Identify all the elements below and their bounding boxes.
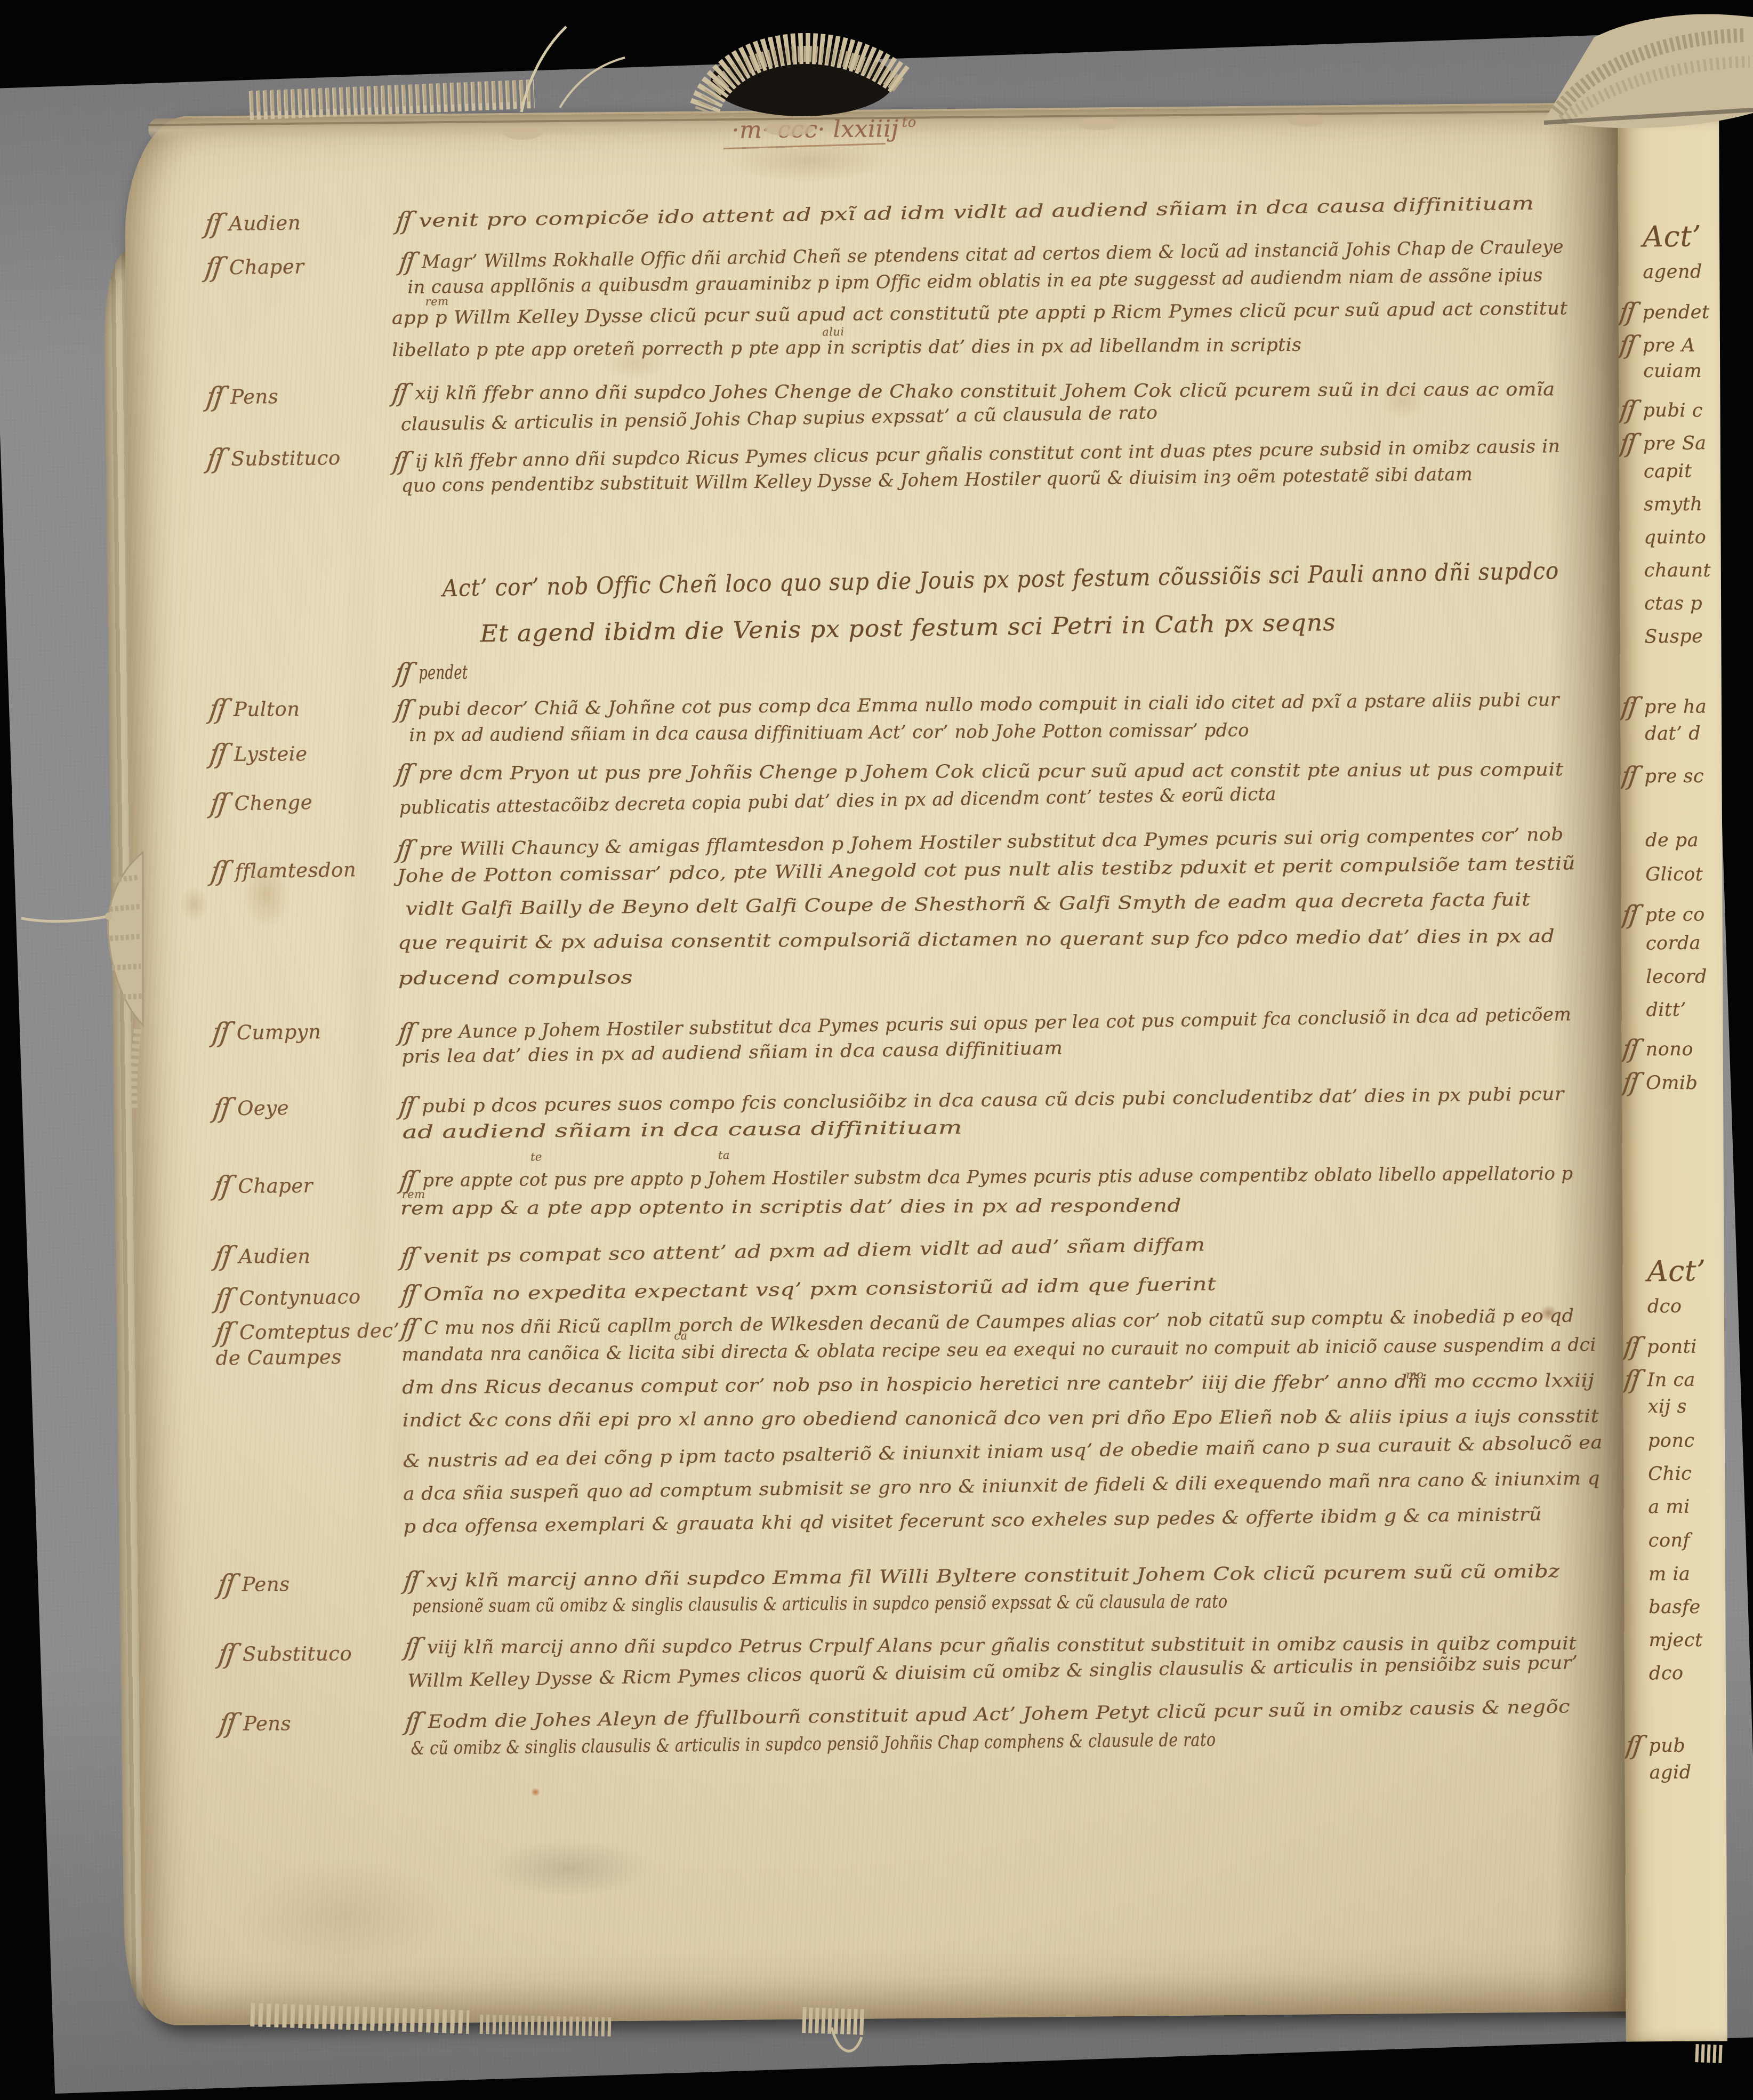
paraph-mark: ſſ	[1620, 762, 1638, 791]
text-line: ſſOmĩa no expedita expectant vsq’ pxm c…	[401, 1269, 1070, 1307]
next-page-sliver: Act’agendſſpendetſſpre Acuiamſſpubi cſſp…	[1618, 118, 1727, 2042]
next-page-line-fragment: agend	[1643, 261, 1702, 283]
text-line: ſſpubi p dcos pcures suos compo fcis con…	[399, 1078, 1497, 1118]
paraph-mark: ſſ	[1622, 1332, 1640, 1361]
next-page-line-fragment: ctas p	[1644, 593, 1702, 614]
margin-label: ſſSubstituco	[219, 1636, 352, 1667]
paraph-mark: ſſ	[1624, 1731, 1642, 1760]
margin-label: ſſCumpyn	[212, 1014, 321, 1046]
next-page-line-fragment: dco	[1649, 1663, 1684, 1685]
paraph-mark: ſſ	[205, 443, 225, 474]
paraph-mark: ſſ	[1621, 1068, 1639, 1097]
next-page-line-fragment: ſſnono	[1623, 1032, 1693, 1062]
paraph-mark: ſſ	[203, 208, 222, 239]
margin-label: ſſAudien	[205, 205, 301, 237]
text-line: pensionẽ suam cũ omibz & singlis clausu…	[412, 1590, 1379, 1617]
paraph-mark: ſſ	[207, 694, 227, 725]
next-page-line-fragment: capit	[1644, 461, 1692, 483]
text-line: ſſvenit ps compat sco attent’ ad pxm ad …	[400, 1230, 1082, 1269]
next-page-line-fragment: smyth	[1644, 494, 1702, 516]
margin-label: ſſSubstituco	[207, 440, 341, 472]
text-line: p dca offensa exemplari & grauata khi qd…	[403, 1505, 1466, 1538]
paraph-mark: ſſ	[1618, 331, 1636, 360]
paraph-mark: ſſ	[211, 1017, 230, 1048]
next-page-line-fragment: lecord	[1646, 966, 1707, 988]
paraph-mark: ſſ	[213, 1283, 232, 1314]
parchment-stain	[455, 1828, 685, 1910]
paraph-mark: ſſ	[1622, 1365, 1641, 1394]
paraph-mark: ſſ	[395, 835, 413, 863]
text-line: ſſpre appte cot pus pre appto p Johem Ho…	[400, 1157, 1581, 1192]
session-heading-line: Et agend ibidm die Venis px post festum …	[480, 610, 1304, 647]
next-page-line-fragment: ponc	[1648, 1430, 1695, 1452]
next-page-line-fragment: ſſpubi c	[1620, 394, 1702, 423]
text-line: app p Willm Kelley Dysse clicũ pcur suũ …	[392, 298, 1507, 329]
paraph-mark: ſſ	[1618, 396, 1637, 425]
next-page-line-fragment: quinto	[1644, 527, 1707, 548]
paraph-mark: ſſ	[1618, 298, 1636, 327]
paraph-mark: ſſ	[393, 694, 411, 723]
paraph-mark: ſſ	[398, 247, 415, 276]
margin-label: ſſPens	[219, 1705, 291, 1736]
text-line: dm dns Ricus decanus comput cor’ nob pso…	[402, 1370, 1484, 1398]
text-line: in px ad audiend sñiam in dca causa diff…	[409, 719, 1258, 746]
text-line: libellato p pte app oreteñ porrecth p pt…	[392, 334, 1289, 361]
next-page-line-fragment: basfe	[1649, 1597, 1700, 1618]
paraph-mark: ſſ	[397, 1017, 414, 1047]
paraph-mark: ſſ	[1618, 429, 1636, 459]
text-line: ſſpubi decor’ Chiã & Johñne cot pus com…	[396, 683, 1529, 722]
paraph-mark: ſſ	[394, 759, 412, 788]
margin-label: ſſComteptus dec’	[215, 1312, 400, 1346]
next-page-line-fragment: dat’ d	[1645, 723, 1701, 745]
status-note-pendet: ſſpendet	[395, 655, 488, 686]
paraph-mark: ſſ	[1621, 1035, 1639, 1064]
interlinear-superscript: rem	[402, 1188, 425, 1201]
folio-number: ·m· ccc· lxxiiijto	[731, 115, 916, 144]
next-page-line-fragment: m ia	[1649, 1564, 1691, 1585]
interlinear-superscript: ta	[718, 1149, 730, 1161]
parchment-stain	[175, 879, 214, 929]
margin-label: ſſfflamtesdon	[211, 852, 356, 885]
text-line: indict &c cons dñi epi pro xl anno gro o…	[403, 1406, 1490, 1431]
text-line: ſſC mu nos dñi Ricũ capllm porch de Wlke…	[401, 1299, 1544, 1340]
interlinear-superscript: mo	[1406, 1368, 1424, 1381]
text-line: vidlt Galfi Bailly de Beyno delt Galfi C…	[405, 890, 1379, 919]
paraph-mark: ſſ	[391, 379, 408, 407]
parchment-stain	[323, 163, 409, 1945]
margin-label: ſſOeye	[213, 1090, 289, 1121]
next-page-line-fragment: cuiam	[1643, 360, 1702, 382]
next-page-line-fragment: ſſpre Sa	[1620, 426, 1706, 456]
next-page-line-fragment: ſſpre A	[1620, 328, 1695, 358]
paraph-mark: ſſ	[399, 1280, 417, 1309]
paraph-mark: ſſ	[205, 381, 224, 412]
text-line: publicatis attestacõibz decreta copia p…	[399, 783, 1290, 819]
paraph-mark: ſſ	[391, 447, 409, 476]
text-line: rem app & a pte app optento in scriptis …	[400, 1196, 1059, 1219]
next-page-line-fragment: Suspe	[1644, 626, 1703, 647]
next-page-line-fragment: ſſpub	[1626, 1729, 1685, 1759]
margin-label: ſſChaper	[205, 249, 304, 280]
paraph-mark: ſſ	[217, 1708, 237, 1739]
paraph-mark: ſſ	[216, 1639, 236, 1670]
folio-number-superscript: to	[902, 115, 916, 131]
text-line: mandata nra canõica & licita sibi direc…	[401, 1334, 1596, 1366]
next-page-line-fragment: ſſOmib	[1623, 1066, 1698, 1095]
text-line: a dca sñia suspeñ quo ad comptum submisi…	[403, 1469, 1537, 1505]
paraph-mark: ſſ	[213, 1241, 232, 1272]
session-heading-line: Act’ cor’ nob Offic Cheñ loco quo sup di…	[442, 556, 1655, 602]
next-page-line-fragment: de pa	[1645, 830, 1699, 851]
margin-label: ſſAudien	[215, 1238, 311, 1270]
next-page-line-fragment: mject	[1649, 1630, 1703, 1651]
paraph-mark: ſſ	[203, 252, 222, 283]
margin-label: ſſPens	[206, 379, 279, 410]
paraph-mark: ſſ	[208, 788, 228, 819]
margin-label: de Caumpes	[215, 1345, 342, 1370]
paraph-mark: ſſ	[403, 1632, 420, 1661]
paraph-mark: ſſ	[404, 1707, 421, 1736]
paraph-mark: ſſ	[393, 658, 412, 688]
text-line: clausulis & articulis in pensiõ Johis C…	[401, 402, 1143, 435]
paraph-mark: ſſ	[1619, 692, 1637, 722]
next-page-line-fragment: ſſpendet	[1620, 295, 1710, 325]
next-page-line-fragment: ſſpre ha	[1621, 690, 1707, 719]
text-line: ſſxij klñ ffebr anno dñi supdco Johes Ch…	[392, 373, 1474, 405]
next-page-line-fragment: Glicot	[1645, 864, 1703, 885]
next-page-line-fragment: Chic	[1648, 1463, 1692, 1485]
interlinear-superscript: te	[530, 1150, 542, 1163]
paraph-mark: ſſ	[395, 206, 412, 236]
text-line: que requirit & px aduisa consentit compu…	[398, 926, 1405, 953]
paraph-mark: ſſ	[208, 739, 228, 770]
margin-label: ſſPulton	[210, 691, 300, 723]
text-line: ſſpre Aunce p Johem Hostiler substitut d…	[398, 997, 1571, 1045]
paraph-mark: ſſ	[402, 1566, 420, 1595]
paraph-mark: ſſ	[211, 1093, 231, 1124]
margin-label: ſſPens	[218, 1566, 290, 1598]
margin-label: ſſContynuaco	[215, 1279, 361, 1312]
interlinear-superscript: rem	[425, 295, 448, 308]
paraph-mark: ſſ	[216, 1569, 236, 1600]
paraph-mark: ſſ	[214, 1317, 233, 1348]
photo-frame: ·m· ccc· lxxiiijto ſſAudienſſChaperſſPen…	[0, 0, 1753, 2100]
text-line: ſſviij klñ marcij anno dñi supdco Petrus…	[405, 1626, 1521, 1659]
parchment-stain	[195, 1834, 495, 1997]
manuscript-page: ·m· ccc· lxxiiijto ſſAudienſſChaperſſPen…	[124, 102, 1643, 2026]
interlinear-superscript: alui	[822, 325, 845, 339]
margin-label: ſſChenge	[210, 784, 312, 817]
text-line: ſſpre dcm Pryon ut pus pre Johñis Chenge…	[396, 753, 1466, 786]
next-page-line-fragment: ſſponti	[1624, 1330, 1697, 1360]
folio-number-underline	[723, 143, 886, 149]
next-page-line-fragment: a mi	[1648, 1496, 1690, 1518]
paraph-mark: ſſ	[209, 855, 228, 886]
paraph-mark: ſſ	[1620, 901, 1638, 930]
next-page-line-fragment: conf	[1649, 1530, 1690, 1551]
text-line: ad audiend sñiam in dca causa diffinitiu…	[402, 1118, 809, 1143]
next-page-line-fragment: ſſpte co	[1622, 897, 1705, 928]
next-page-line-fragment: Act’	[1647, 1254, 1706, 1288]
text-line: pducend compulsos	[398, 967, 584, 989]
paraph-mark: ſſ	[400, 1313, 417, 1342]
interlinear-superscript: ca	[674, 1329, 687, 1342]
next-page-line-fragment: Act’	[1643, 219, 1702, 253]
text-line: & cũ omibz & singlis clausulis & articul…	[411, 1728, 1368, 1759]
text-line: ſſEodm die Johes Aleyn de ffullbourñ con…	[405, 1692, 1449, 1734]
next-page-line-fragment: ſſpre sc	[1621, 759, 1704, 789]
text-line: ſſxvj klñ marcij anno dñi supdco Emma fi…	[404, 1556, 1392, 1593]
text-line: ſſvenit pro compicõe ido attent ad pxĩ …	[396, 190, 1292, 233]
next-page-line-fragment: chaunt	[1644, 560, 1711, 581]
paraph-mark: ſſ	[398, 1092, 415, 1120]
next-page-line-fragment: ditt’	[1646, 999, 1686, 1021]
paraph-mark: ſſ	[399, 1242, 417, 1271]
paraph-mark: ſſ	[212, 1171, 232, 1201]
next-page-line-fragment: ſſIn ca	[1624, 1363, 1695, 1392]
margin-label: ſſChaper	[214, 1168, 313, 1199]
next-page-line-fragment: corda	[1646, 933, 1701, 955]
margin-label: ſſLysteie	[210, 736, 308, 767]
text-line: & nustris ad ea dei cõng p ipm tacto ps…	[403, 1433, 1513, 1472]
next-page-line-fragment: agid	[1650, 1762, 1692, 1783]
next-page-line-fragment: dco	[1647, 1296, 1682, 1318]
parchment-stain	[529, 1786, 542, 1798]
next-page-line-fragment: xij s	[1648, 1396, 1687, 1417]
